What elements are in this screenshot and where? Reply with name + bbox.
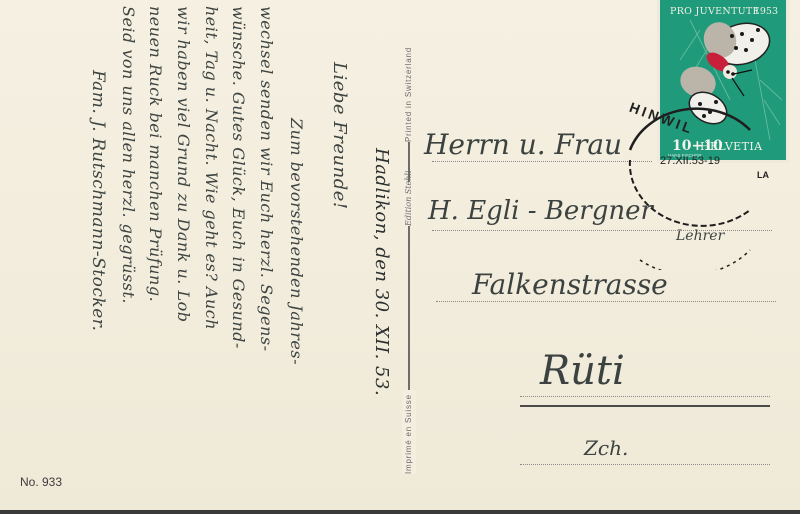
signature: Fam. J. Rutschmann-Stocker. [88, 70, 108, 331]
card-number: No. 933 [20, 475, 62, 489]
postmark-date: 27.XII.53-19 [660, 155, 720, 167]
stamp-series: PRO JUVENTUTE [670, 6, 760, 17]
printed-in-label: Printed in Switzerland [404, 47, 413, 142]
message-line: wechsel senden wir Euch herzl. Segens- [257, 6, 276, 351]
message-line: neuen Ruck bei manchen Prüfung. [146, 6, 165, 302]
address-line-5: Zch. [584, 436, 628, 460]
message-line: Zum bevorstehenden Jahres- [287, 118, 306, 365]
message-line: heit, Tag u. Nacht. Wie geht es? Auch [202, 6, 221, 330]
message-line: wir haben viel Grund zu Dank u. Lob [174, 6, 193, 322]
edition-label: Edition Stehli [404, 170, 413, 226]
postmark-fragment: LA [757, 170, 769, 180]
postcard: Hadlikon, den 30. XII. 53. Liebe Freunde… [0, 0, 800, 510]
message-line: wünsche. Gutes Glück, Euch in Gesund- [229, 6, 248, 349]
address-line-4: Rüti [540, 348, 625, 394]
underline [520, 405, 770, 407]
place-date: Hadlikon, den 30. XII. 53. [371, 148, 392, 396]
address-line-3: Falkenstrasse [472, 268, 668, 301]
address-line-1: Herrn u. Frau [424, 128, 622, 161]
scan-edge [0, 510, 800, 514]
greeting: Liebe Freunde! [329, 62, 350, 210]
imprime-label: Imprimé en Suisse [404, 394, 413, 474]
stamp-year: 1953 [754, 6, 778, 17]
message-line: Seid von uns allen herzl. gegrüsst. [119, 6, 138, 304]
postmark-icon [600, 90, 800, 270]
